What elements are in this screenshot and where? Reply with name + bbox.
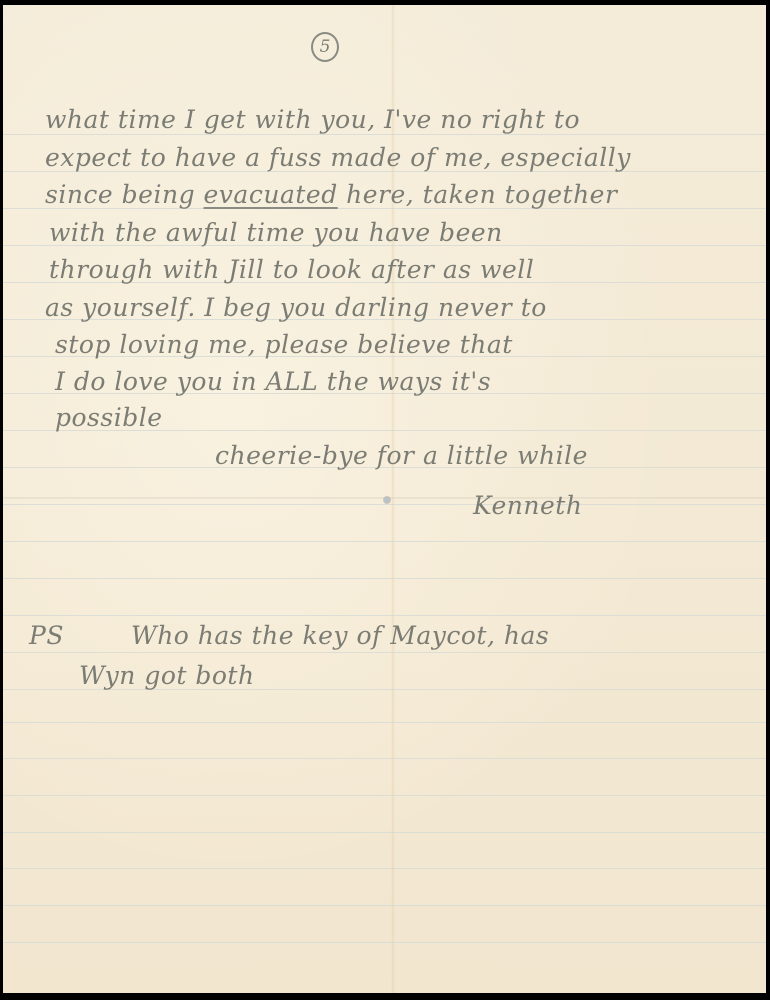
letter-line-1: what time I get with you, I've no right … (45, 105, 580, 134)
pinhole (384, 497, 390, 503)
ruled-line (3, 868, 766, 869)
ruled-line (3, 652, 766, 653)
ruled-line (3, 615, 766, 616)
letter-line-6: as yourself. I beg you darling never to (45, 293, 547, 322)
underlined-word: evacuated (204, 180, 338, 209)
letter-line-5: through with Jill to look after as well (49, 255, 534, 284)
letter-line-8: I do love you in ALL the ways it's (55, 367, 491, 396)
letter-line-4: with the awful time you have been (49, 218, 503, 247)
line-3-tail: here, taken together (338, 180, 618, 209)
letter-line-2: expect to have a fuss made of me, especi… (45, 143, 631, 172)
ruled-line (3, 722, 766, 723)
ruled-line (3, 795, 766, 796)
postscript-line-2: Wyn got both (79, 661, 255, 690)
ruled-line (3, 578, 766, 579)
letter-line-3: since being evacuated here, taken togeth… (45, 180, 617, 209)
ruled-line (3, 758, 766, 759)
signature: Kenneth (473, 491, 582, 520)
closing-line: cheerie-bye for a little while (215, 441, 588, 470)
ruled-line (3, 504, 766, 505)
ruled-line (3, 541, 766, 542)
ruled-line (3, 942, 766, 943)
ruled-line (3, 832, 766, 833)
line-3-text: since being (45, 180, 204, 209)
page-number: 5 (311, 32, 339, 62)
ruled-line (3, 134, 766, 135)
letter-line-9: possible (55, 403, 163, 432)
postscript-line-1: Who has the key of Maycot, has (131, 621, 549, 650)
ruled-line (3, 905, 766, 906)
postscript-label: PS (29, 621, 64, 650)
letter-page: 5 what time I get with you, I've no righ… (3, 5, 766, 993)
letter-line-7: stop loving me, please believe that (55, 330, 513, 359)
